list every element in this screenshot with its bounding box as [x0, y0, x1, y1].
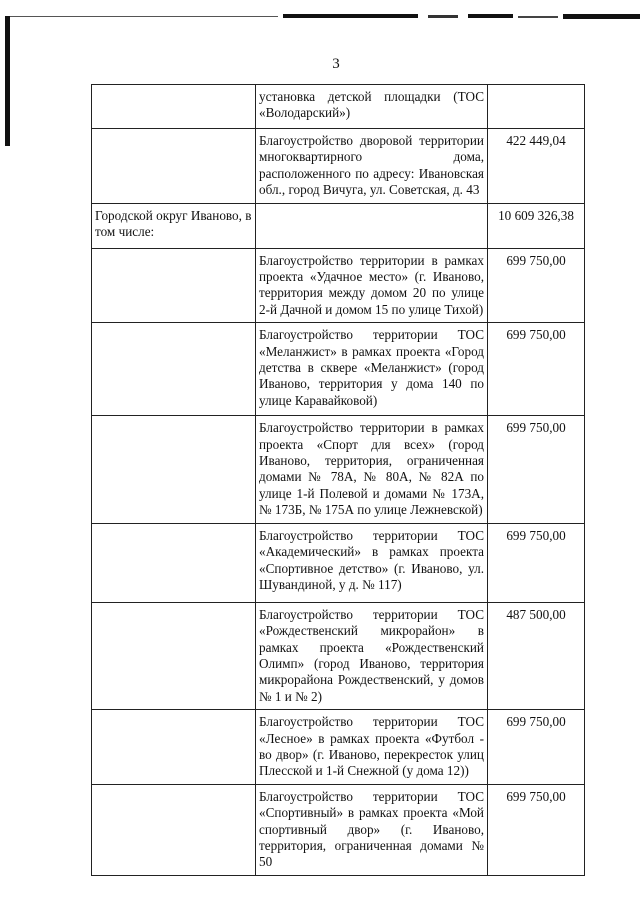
municipality-cell	[92, 129, 256, 204]
table-row: Благоустройство территории ТОС «Рождеств…	[92, 602, 585, 709]
description-cell	[256, 203, 488, 248]
municipality-cell	[92, 602, 256, 709]
amount-cell: 699 750,00	[488, 784, 585, 875]
municipality-cell	[92, 323, 256, 416]
municipality-cell	[92, 85, 256, 129]
scan-artifact-top-edge	[8, 14, 640, 20]
description-cell: Благоустройство территории ТОС «Академич…	[256, 523, 488, 602]
table-row: Городской округ Иваново, в том числе:10 …	[92, 203, 585, 248]
table-row: Благоустройство территории в рамках прое…	[92, 248, 585, 323]
amount-cell: 10 609 326,38	[488, 203, 585, 248]
municipality-cell	[92, 784, 256, 875]
municipality-cell	[92, 416, 256, 523]
municipality-cell	[92, 710, 256, 785]
amount-cell: 422 449,04	[488, 129, 585, 204]
table-row: установка детской площадки (ТОС «Володар…	[92, 85, 585, 129]
description-cell: Благоустройство территории ТОС «Меланжис…	[256, 323, 488, 416]
amount-cell	[488, 85, 585, 129]
municipality-cell	[92, 523, 256, 602]
funding-table: установка детской площадки (ТОС «Володар…	[91, 84, 585, 876]
table-row: Благоустройство территории ТОС «Академич…	[92, 523, 585, 602]
amount-cell: 699 750,00	[488, 248, 585, 323]
description-cell: установка детской площадки (ТОС «Володар…	[256, 85, 488, 129]
amount-cell: 699 750,00	[488, 710, 585, 785]
municipality-cell: Городской округ Иваново, в том числе:	[92, 203, 256, 248]
table-row: Благоустройство дворовой территории мног…	[92, 129, 585, 204]
funding-table-body: установка детской площадки (ТОС «Володар…	[92, 85, 585, 876]
amount-cell: 699 750,00	[488, 523, 585, 602]
table-row: Благоустройство территории ТОС «Лесное» …	[92, 710, 585, 785]
page-number: 3	[0, 56, 640, 73]
description-cell: Благоустройство территории в рамках прое…	[256, 248, 488, 323]
amount-cell: 487 500,00	[488, 602, 585, 709]
description-cell: Благоустройство территории ТОС «Рождеств…	[256, 602, 488, 709]
municipality-cell	[92, 248, 256, 323]
description-cell: Благоустройство территории в рамках прое…	[256, 416, 488, 523]
description-cell: Благоустройство территории ТОС «Спортивн…	[256, 784, 488, 875]
table-row: Благоустройство территории в рамках прое…	[92, 416, 585, 523]
description-cell: Благоустройство территории ТОС «Лесное» …	[256, 710, 488, 785]
amount-cell: 699 750,00	[488, 323, 585, 416]
amount-cell: 699 750,00	[488, 416, 585, 523]
table-row: Благоустройство территории ТОС «Спортивн…	[92, 784, 585, 875]
table-row: Благоустройство территории ТОС «Меланжис…	[92, 323, 585, 416]
description-cell: Благоустройство дворовой территории мног…	[256, 129, 488, 204]
scan-artifact-left-edge	[5, 16, 10, 146]
